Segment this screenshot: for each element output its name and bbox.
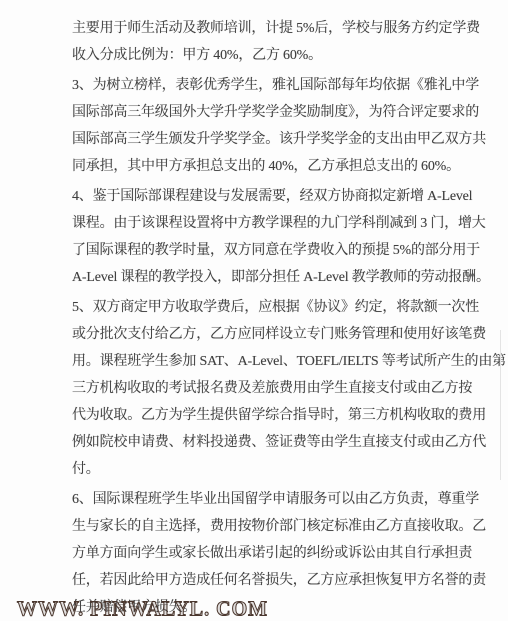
text-line: 付。: [72, 456, 486, 483]
text-line: 6、国际课程班学生毕业出国留学申请服务可以由乙方负责，尊重学: [72, 486, 486, 513]
document-body: 主要用于师生活动及教师培训，计提 5%后，学校与服务方约定学费收入分成比例为：甲…: [72, 15, 486, 621]
paragraph: 5、双方商定甲方收取学费后，应根据《协议》约定，将款额一次性或分批次支付给乙方，…: [72, 294, 486, 483]
text-line: 用。课程班学生参加 SAT、A-Level、TOEFL/IELTS 等考试所产生…: [72, 348, 486, 375]
text-line: 国际部高三年级国外大学升学奖学金奖励制度》，为符合评定要求的: [72, 99, 486, 126]
paragraph: 3、为树立榜样，表彰优秀学生，雅礼国际部每年均依据《雅礼中学国际部高三年级国外大…: [72, 72, 486, 180]
text-line: A-Level 课程的教学投入，即部分担任 A-Level 教学教师的劳动报酬。: [72, 264, 486, 291]
text-line: 生与家长的自主选择，费用按物价部门核定标准由乙方直接收取。乙: [72, 513, 486, 540]
document-page: 主要用于师生活动及教师培训，计提 5%后，学校与服务方约定学费收入分成比例为：甲…: [0, 0, 508, 621]
paragraph: 主要用于师生活动及教师培训，计提 5%后，学校与服务方约定学费收入分成比例为：甲…: [72, 15, 486, 69]
text-line: 例如院校申请费、材料投递费、签证费等由学生直接支付或由乙方代: [72, 429, 486, 456]
text-line: 4、鉴于国际部课程建设与发展需要，经双方协商拟定新增 A-Level: [72, 183, 486, 210]
text-line: 或分批次支付给乙方，乙方应同样设立专门账务管理和使用好该笔费: [72, 321, 486, 348]
text-line: 方单方面向学生或家长做出承诺引起的纠纷或诉讼由其自行承担责: [72, 540, 486, 567]
text-line: 了国际课程的教学时量，双方同意在学费收入的预提 5%的部分用于: [72, 237, 486, 264]
text-line: 课程。由于该课程设置将中方教学课程的九门学科削减到 3 门，增大: [72, 210, 486, 237]
text-line: 任，若因此给甲方造成任何名誉损失，乙方应承担恢复甲方名誉的责: [72, 567, 486, 594]
text-line: 5、双方商定甲方收取学费后，应根据《协议》约定，将款额一次性: [72, 294, 486, 321]
text-line: 三方机构收取的考试报名费及差旅费用由学生直接支付或由乙方按: [72, 375, 486, 402]
watermark: WWW. PINWALYL. COM: [17, 597, 268, 621]
text-line: 主要用于师生活动及教师培训，计提 5%后，学校与服务方约定学费: [72, 15, 486, 42]
text-line: 3、为树立榜样，表彰优秀学生，雅礼国际部每年均依据《雅礼中学: [72, 72, 486, 99]
text-line: 代为收取。乙方为学生提供留学综合指导时，第三方机构收取的费用: [72, 402, 486, 429]
paragraph: 4、鉴于国际部课程建设与发展需要，经双方协商拟定新增 A-Level课程。由于该…: [72, 183, 486, 291]
text-line: 收入分成比例为：甲方 40%，乙方 60%。: [72, 42, 486, 69]
text-line: 国际部高三学生颁发升学奖学金。该升学奖学金的支出由甲乙双方共: [72, 126, 486, 153]
page-edge-shadow: [500, 330, 501, 480]
text-line: 同承担，其中甲方承担总支出的 40%，乙方承担总支出的 60%。: [72, 153, 486, 180]
